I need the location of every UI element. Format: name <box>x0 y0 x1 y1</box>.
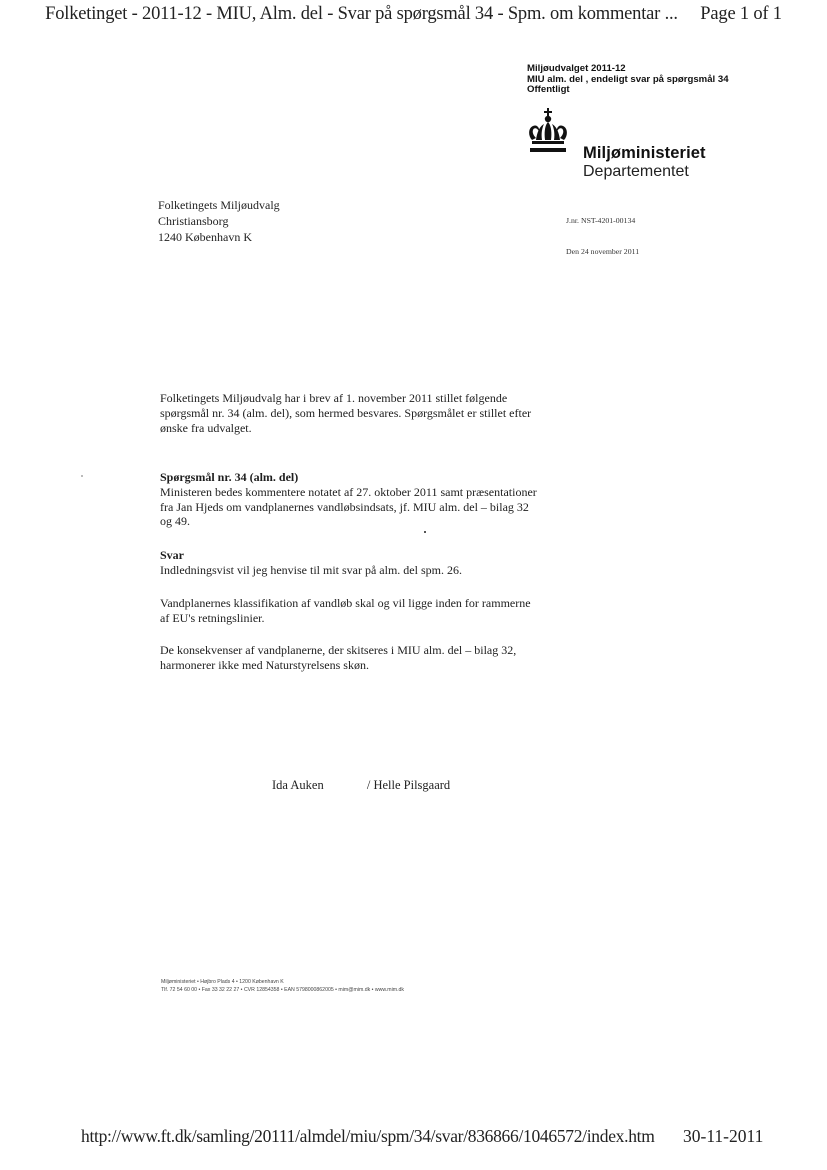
question-text: Ministeren bedes kommentere notatet af 2… <box>160 485 540 529</box>
answer-section: Svar Indledningsvist vil jeg henvise til… <box>160 548 540 578</box>
document-reference: Miljøudvalget 2011-12 MIU alm. del , end… <box>527 64 729 96</box>
department-name: Departementet <box>583 163 689 181</box>
question-heading: Spørgsmål nr. 34 (alm. del) <box>160 470 540 485</box>
recipient-address: Folketingets Miljøudvalg Christiansborg … <box>158 197 280 245</box>
letter-date: Den 24 november 2011 <box>566 247 639 256</box>
page-indicator: Page 1 of 1 <box>700 4 782 24</box>
signer-official: / Helle Pilsgaard <box>367 778 450 792</box>
recipient-street: Christiansborg <box>158 213 280 229</box>
signer-minister: Ida Auken <box>272 778 324 792</box>
print-footer-date: 30-11-2011 <box>683 1126 763 1147</box>
answer-paragraph-3: De konsekvenser af vandplanerne, der ski… <box>160 643 540 673</box>
recipient-city: 1240 København K <box>158 229 280 245</box>
question-section: Spørgsmål nr. 34 (alm. del) Ministeren b… <box>160 470 540 529</box>
footer-address: Miljøministeriet • Højbro Plads 4 • 1200… <box>161 978 404 994</box>
print-header-title: Folketinget - 2011-12 - MIU, Alm. del - … <box>45 4 678 24</box>
print-header: Folketinget - 2011-12 - MIU, Alm. del - … <box>0 4 827 25</box>
crown-icon <box>528 108 568 156</box>
scan-speck <box>424 531 426 533</box>
ministry-name: Miljøministeriet <box>583 144 706 163</box>
answer-text: Indledningsvist vil jeg henvise til mit … <box>160 563 540 578</box>
footer-contact-line: Tlf. 72 54 60 00 • Fax 33 32 22 27 • CVR… <box>161 986 404 994</box>
answer-heading: Svar <box>160 548 540 563</box>
print-footer-url: http://www.ft.dk/samling/20111/almdel/mi… <box>81 1126 655 1147</box>
recipient-name: Folketingets Miljøudvalg <box>158 197 280 213</box>
doc-ref-committee: Miljøudvalget 2011-12 <box>527 64 729 75</box>
doc-ref-classification: Offentligt <box>527 85 729 96</box>
footer-address-line: Miljøministeriet • Højbro Plads 4 • 1200… <box>161 978 404 986</box>
scan-speck <box>81 475 83 477</box>
answer-paragraph-2: Vandplanernes klassifikation af vandløb … <box>160 596 540 626</box>
journal-number: J.nr. NST-4201-00134 <box>566 216 635 225</box>
signatures: Ida Auken / Helle Pilsgaard <box>272 778 450 793</box>
intro-paragraph: Folketingets Miljøudvalg har i brev af 1… <box>160 391 540 435</box>
